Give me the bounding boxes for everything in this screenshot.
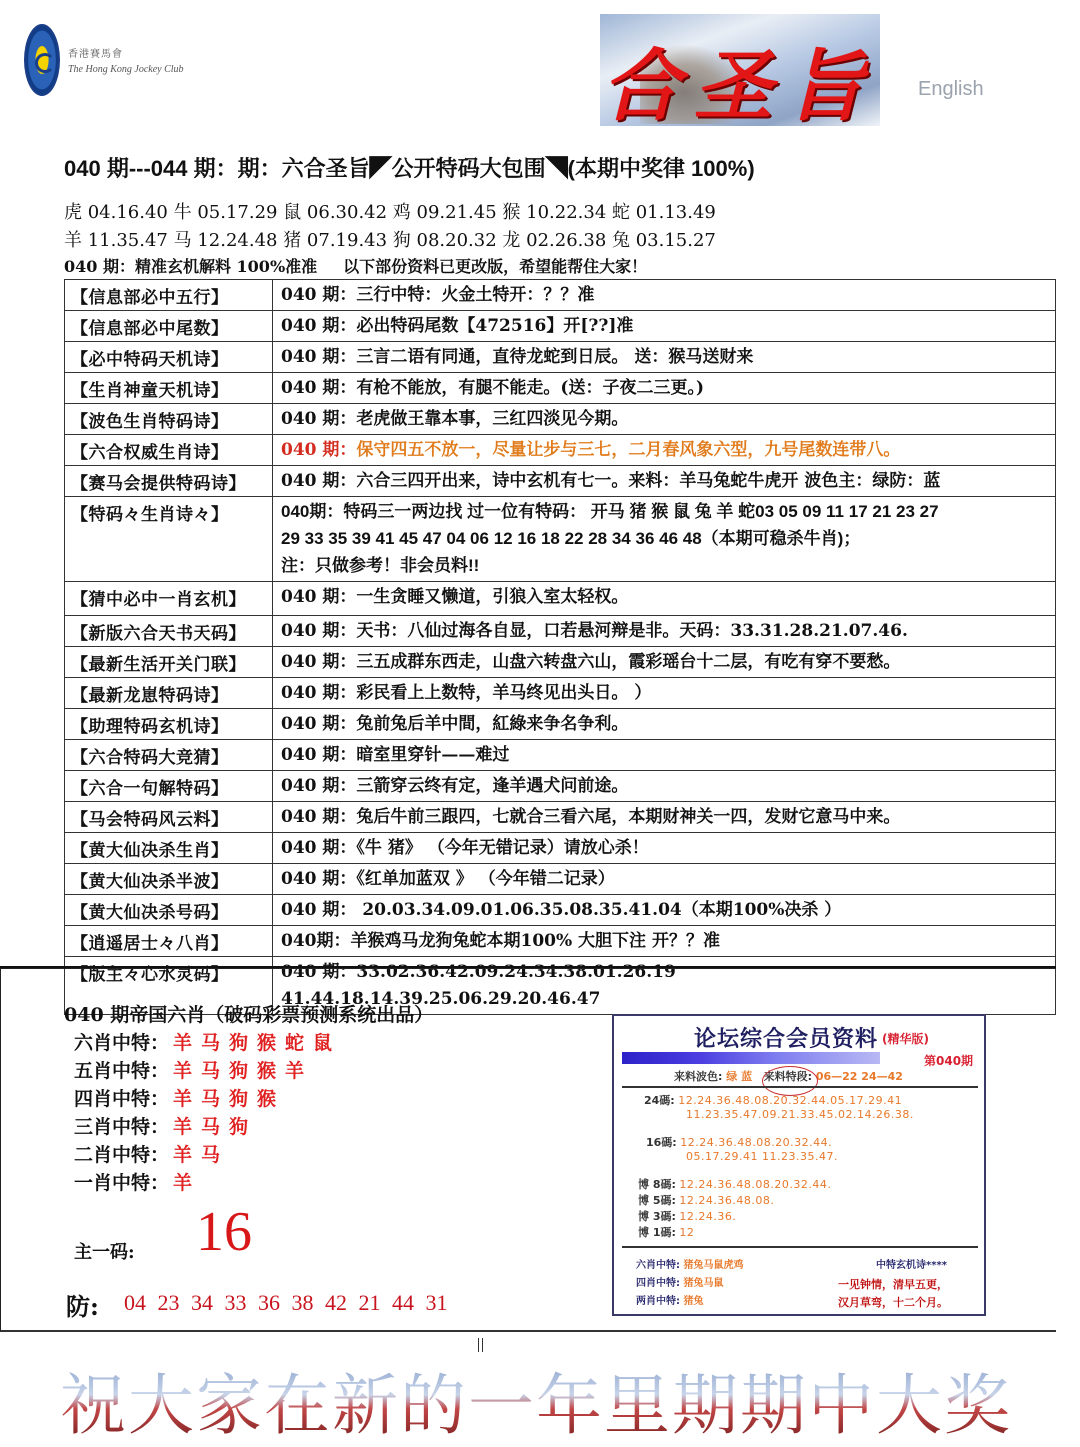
main-code-value: 16	[196, 1200, 252, 1264]
row-label: 【赛马会提供特码诗】	[65, 466, 273, 497]
jockey-club-emblem-icon	[24, 24, 60, 96]
six-zodiac-label: 二肖中特：	[74, 1144, 169, 1166]
row-label: 【信息部必中五行】	[65, 280, 273, 311]
row-content: 040 期：《牛 猪》 （今年无错记录）请放心杀！	[281, 836, 1055, 863]
card-edition: (精华版)	[882, 1030, 929, 1047]
row-content: 040 期：暗室里穿针——难过	[281, 743, 1055, 770]
card-title: 论坛综合会员资料	[694, 1022, 878, 1053]
card-code-row: 博 3碼: 12.24.36.	[638, 1208, 736, 1224]
row-label: 【六合一句解特码】	[65, 771, 273, 802]
table-row: 【黄大仙决杀生肖】040 期：《牛 猪》 （今年无错记录）请放心杀！	[65, 833, 1056, 864]
table-row: 【逍遥居士々八肖】040期：羊猴鸡马龙狗兔蛇本期100% 大胆下注 开？？准	[65, 926, 1056, 957]
row-label: 【逍遥居士々八肖】	[65, 926, 273, 957]
six-zodiac-label: 三肖中特：	[74, 1116, 169, 1138]
zodiac-numbers-line-2: 羊 11.35.47 马 12.24.48 猪 07.19.43 狗 08.20…	[64, 226, 716, 252]
banner-title: 合圣旨	[600, 24, 880, 126]
card-gradient-bar	[622, 1052, 880, 1064]
card-poem-title: 中特玄机诗****	[876, 1256, 947, 1271]
table-row: 【黄大仙决杀号码】040 期： 20.03.34.09.01.06.35.08.…	[65, 895, 1056, 926]
row-content: 040 期：三五成群东西走，山盘六转盘六山，霞彩瑶台十二层，有吃有穿不要愁。	[281, 650, 1055, 677]
six-zodiac-label: 一肖中特：	[74, 1172, 169, 1194]
wave-value: 绿 蓝	[726, 1070, 752, 1083]
main-code-label: 主一码:	[74, 1238, 135, 1264]
fang-label: 防:	[66, 1287, 99, 1322]
wave-label: 来料波色:	[674, 1070, 722, 1083]
six-zodiac-values: 羊马	[173, 1144, 229, 1166]
row-label: 【波色生肖特码诗】	[65, 404, 273, 435]
site-banner: 合圣旨	[600, 14, 880, 126]
table-row: 【马会特码风云料】040 期：兔后牛前三跟四，七就合三看六尾，本期财神关一四，发…	[65, 802, 1056, 833]
row-label: 【黄大仙决杀半波】	[65, 864, 273, 895]
six-zodiac-row: 四肖中特：羊马狗猴	[74, 1084, 285, 1111]
table-row: 【赛马会提供特码诗】040 期：六合三四开出来，诗中玄机有七一。来料：羊马兔蛇牛…	[65, 466, 1056, 497]
row-label: 【生肖神童天机诗】	[65, 373, 273, 404]
card-code-row: 博 1碼: 12	[638, 1224, 694, 1240]
zodiac-numbers-line-1: 虎 04.16.40 牛 05.17.29 鼠 06.30.42 鸡 09.21…	[64, 198, 716, 224]
card-footer-row: 六肖中特: 猪兔马鼠虎鸡	[636, 1256, 743, 1271]
card-footer-row: 两肖中特: 猪兔	[636, 1292, 703, 1307]
card-issue: 第040期	[924, 1052, 973, 1069]
row-content: 29 33 35 39 41 45 47 04 06 12 16 18 22 2…	[281, 527, 1055, 554]
prediction-table: 【信息部必中五行】040 期：三行中特：火金土特开：？？准 【信息部必中尾数】0…	[64, 279, 1056, 1015]
six-zodiac-values: 羊马狗猴羊	[173, 1060, 313, 1082]
table-row-multiline: 【特码々生肖诗々】040期：特码三一两边找 过一位有特码： 开马 猪 猴 鼠 兔…	[65, 497, 1056, 582]
row-content: 040 期：老虎做王靠本事，三红四淡见今期。	[281, 407, 1055, 434]
row-label: 【助理特码玄机诗】	[65, 709, 273, 740]
row-label: 【黄大仙决杀号码】	[65, 895, 273, 926]
six-zodiac-row: 一肖中特：羊	[74, 1168, 201, 1195]
table-row: 【新版六合天书天码】040 期：天书：八仙过海各自显，口若悬河辩是非。天码：33…	[65, 616, 1056, 647]
row-content: 040 期：一生贪睡又懒道，引狼入室太轻权。	[281, 585, 1055, 612]
table-row: 【猜中必中一肖玄机】040 期：一生贪睡又懒道，引狼入室太轻权。	[65, 582, 1056, 616]
row-label: 【必中特码天机诗】	[65, 342, 273, 373]
row-content: 040 期：天书：八仙过海各自显，口若悬河辩是非。天码：33.31.28.21.…	[281, 619, 1055, 646]
table-row: 【生肖神童天机诗】040 期：有枪不能放，有腿不能走。(送：子夜二三更。)	[65, 373, 1056, 404]
card-code-row: 16碼: 12.24.36.48.08.20.32.44.	[646, 1134, 832, 1150]
six-zodiac-row: 五肖中特：羊马狗猴羊	[74, 1056, 313, 1083]
intro-left: 040 期：精准玄机解料 100%准准	[64, 257, 317, 276]
card-code-row: 05.17.29.41 11.23.35.47.	[686, 1150, 838, 1163]
card-code-row: 11.23.35.47.09.21.33.45.02.14.26.38.	[686, 1108, 914, 1121]
row-label: 【最新生活开关门联】	[65, 647, 273, 678]
card-divider	[622, 1086, 978, 1088]
page-headline: 040 期---044 期：期：六合圣旨◤公开特码大包围◥(本期中奖律 100%…	[64, 152, 755, 183]
row-content: 040期：羊猴鸡马龙狗兔蛇本期100% 大胆下注 开？？准	[281, 929, 1055, 956]
card-footer-row: 四肖中特: 猪兔马鼠	[636, 1274, 723, 1289]
row-content: 040 期： 20.03.34.09.01.06.35.08.35.41.04（…	[281, 898, 1055, 925]
table-row: 【信息部必中五行】040 期：三行中特：火金土特开：？？准	[65, 280, 1056, 311]
segment-value: 06—22 24—42	[816, 1070, 903, 1083]
six-zodiac-label: 六肖中特：	[74, 1032, 169, 1054]
row-content: 040期：特码三一两边找 过一位有特码： 开马 猪 猴 鼠 兔 羊 蛇03 05…	[281, 500, 1055, 527]
row-content: 040 期：彩民看上上数特，羊马终见出头日。 ）	[281, 681, 1055, 708]
row-label: 【黄大仙决杀生肖】	[65, 833, 273, 864]
row-label: 【六合权威生肖诗】	[65, 435, 273, 466]
intro-line: 040 期：精准玄机解料 100%准准以下部份资料已更改版，希望能帮住大家！	[64, 254, 647, 277]
six-zodiac-row: 六肖中特：羊马狗猴蛇鼠	[74, 1028, 341, 1055]
six-zodiac-label: 四肖中特：	[74, 1088, 169, 1110]
row-content: 040 期：有枪不能放，有腿不能走。(送：子夜二三更。)	[281, 376, 1055, 403]
row-content: 040 期：必出特码尾数【472516】开[??]准	[281, 314, 1055, 341]
table-row: 【波色生肖特码诗】040 期：老虎做王靠本事，三红四淡见今期。	[65, 404, 1056, 435]
card-divider	[622, 1246, 978, 1248]
row-content: 040 期：兔后牛前三跟四，七就合三看六尾，本期财神关一四，发财它意马中来。	[281, 805, 1055, 832]
row-content-highlight: 保守四五不放一，尽量让步与三七，二月春风象六型，九号尾数连带八。	[356, 440, 900, 460]
intro-right: 以下部份资料已更改版，希望能帮住大家！	[343, 257, 647, 276]
six-zodiac-values: 羊马狗猴蛇鼠	[173, 1032, 341, 1054]
row-content: 040 期：兔前兔后羊中間，紅綠来争名争利。	[281, 712, 1055, 739]
fang-numbers: 04 23 34 33 36 38 42 21 44 31	[124, 1290, 448, 1316]
row-prefix: 040 期：	[281, 440, 356, 460]
row-label: 【马会特码风云料】	[65, 802, 273, 833]
english-link[interactable]: English	[918, 78, 984, 101]
card-code-row: 博 8碼: 12.24.36.48.08.20.32.44.	[638, 1176, 831, 1192]
table-row: 【黄大仙决杀半波】040 期：《红单加蓝双 》 （今年错二记录）	[65, 864, 1056, 895]
six-zodiac-row: 三肖中特：羊马狗	[74, 1112, 257, 1139]
six-zodiac-values: 羊马狗猴	[173, 1088, 285, 1110]
table-row: 【最新龙崽特码诗】040 期：彩民看上上数特，羊马终见出头日。 ）	[65, 678, 1056, 709]
table-row: 【最新生活开关门联】040 期：三五成群东西走，山盘六转盘六山，霞彩瑶台十二层，…	[65, 647, 1056, 678]
table-row-highlight: 【六合权威生肖诗】040 期：保守四五不放一，尽量让步与三七，二月春风象六型，九…	[65, 435, 1056, 466]
row-content: 040 期：《红单加蓝双 》 （今年错二记录）	[281, 867, 1055, 894]
row-content: 040 期：六合三四开出来，诗中玄机有七一。来料：羊马兔蛇牛虎开 波色主：绿防：…	[281, 469, 1055, 496]
row-label: 【六合特码大竞猜】	[65, 740, 273, 771]
separator-mark	[478, 1338, 483, 1352]
row-label: 【新版六合天书天码】	[65, 616, 273, 647]
row-label: 【最新龙崽特码诗】	[65, 678, 273, 709]
card-code-row: 24碼: 12.24.36.48.08.20.32.44.05.17.29.41	[644, 1092, 902, 1108]
blessing-banner: 祝大家在新的一年里期期中大奖	[60, 1352, 1012, 1447]
row-content: 040 期：三言二语有同通，直待龙蛇到日辰。 送：猴马送财来	[281, 345, 1055, 372]
six-zodiac-title: 040 期帝国六肖（破码彩票预测系统出品）	[64, 1000, 433, 1027]
row-label: 【特码々生肖诗々】	[65, 497, 273, 582]
table-row: 【助理特码玄机诗】040 期：兔前兔后羊中間，紅綠来争名争利。	[65, 709, 1056, 740]
row-label: 【信息部必中尾数】	[65, 311, 273, 342]
six-zodiac-values: 羊	[173, 1172, 201, 1194]
six-zodiac-label: 五肖中特：	[74, 1060, 169, 1082]
row-label: 【猜中必中一肖玄机】	[65, 582, 273, 616]
jockey-club-logo[interactable]: 香港賽馬會 The Hong Kong Jockey Club	[24, 24, 184, 96]
six-zodiac-row: 二肖中特：羊马	[74, 1140, 229, 1167]
table-row: 【信息部必中尾数】040 期：必出特码尾数【472516】开[??]准	[65, 311, 1056, 342]
card-poem-line: 汉月草弯，十二个月。	[838, 1294, 948, 1310]
six-zodiac-values: 羊马狗	[173, 1116, 257, 1138]
row-content: 注：只做参考！非会员料!!	[281, 554, 1055, 581]
table-row: 【六合特码大竞猜】040 期：暗室里穿针——难过	[65, 740, 1056, 771]
row-content: 040 期：三行中特：火金土特开：？？准	[281, 283, 1055, 310]
table-row: 【六合一句解特码】040 期：三箭穿云终有定，逢羊遇犬问前途。	[65, 771, 1056, 802]
logo-chinese-name: 香港賽馬會	[68, 45, 184, 60]
member-data-card: 论坛综合会员资料 (精华版) 第040期 来料波色: 绿 蓝 来料特段: 06—…	[612, 1014, 986, 1316]
table-row: 【必中特码天机诗】040 期：三言二语有同通，直待龙蛇到日辰。 送：猴马送财来	[65, 342, 1056, 373]
card-code-row: 博 5碼: 12.24.36.48.08.	[638, 1192, 774, 1208]
logo-english-name: The Hong Kong Jockey Club	[68, 64, 184, 75]
row-content: 040 期：三箭穿云终有定，逢羊遇犬问前途。	[281, 774, 1055, 801]
card-poem-line: 一见钟情，清早五更，	[838, 1276, 948, 1292]
